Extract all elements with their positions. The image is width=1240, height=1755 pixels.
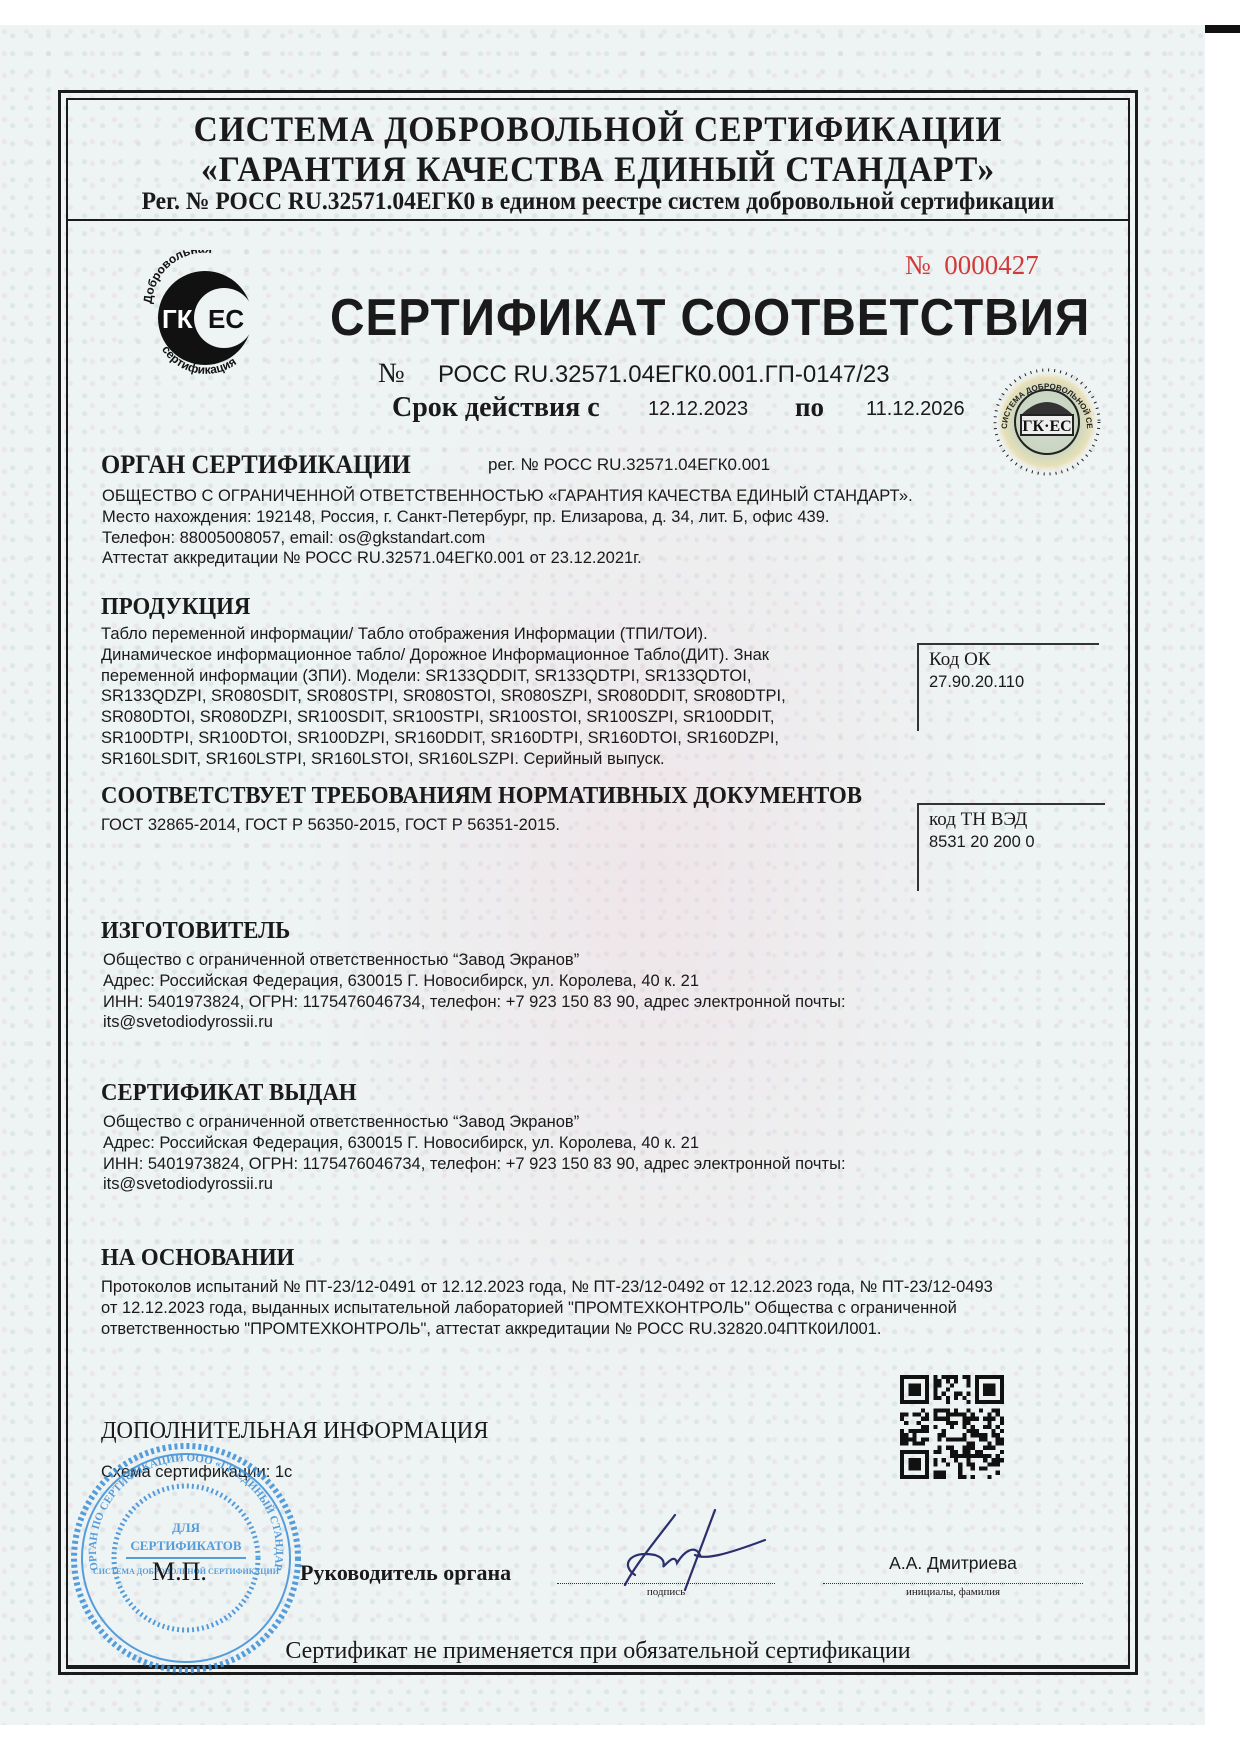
compliance-heading: СООТВЕТСТВУЕТ ТРЕБОВАНИЯМ НОРМАТИВНЫХ ДО… bbox=[101, 783, 862, 810]
blank-number: № 0000427 bbox=[905, 250, 1039, 281]
manufacturer-line: ИНН: 5401973824, ОГРН: 1175476046734, те… bbox=[103, 992, 846, 1013]
system-name-line2: «ГАРАНТИЯ КАЧЕСТВА ЕДИНЫЙ СТАНДАРТ» bbox=[103, 148, 1093, 190]
basis-line: от 12.12.2023 года, выданных испытательн… bbox=[101, 1298, 993, 1319]
product-line: SR133QDZPI, SR080SDIT, SR080STPI, SR080S… bbox=[101, 686, 786, 707]
qr-code-icon[interactable] bbox=[900, 1375, 1004, 1479]
svg-text:ЕС: ЕС bbox=[208, 304, 244, 334]
body-line: Аттестат аккредитации № РОСС RU.32571.04… bbox=[102, 548, 913, 569]
manufacturer-details: Общество с ограниченной ответственностью… bbox=[103, 950, 846, 1033]
body-line: Место нахождения: 192148, Россия, г. Сан… bbox=[102, 507, 913, 528]
product-line: SR160LSDIT, SR160LSTPI, SR160LSTOI, SR16… bbox=[101, 749, 786, 770]
tnved-value: 8531 20 200 0 bbox=[929, 833, 1105, 852]
product-line: SR100DTPI, SR100DTOI, SR100DZPI, SR160DD… bbox=[101, 728, 786, 749]
certification-body-reg-number: рег. № РОСС RU.32571.04ЕГК0.001 bbox=[488, 455, 770, 475]
basis-heading: НА ОСНОВАНИИ bbox=[101, 1245, 294, 1272]
product-line: Табло переменной информации/ Табло отобр… bbox=[101, 624, 786, 645]
issued-to-heading: СЕРТИФИКАТ ВЫДАН bbox=[101, 1080, 357, 1107]
issued-to-details: Общество с ограниченной ответственностью… bbox=[103, 1112, 846, 1195]
valid-to-label: по bbox=[795, 392, 824, 423]
basis-details: Протоколов испытаний № ПТ-23/12-0491 от … bbox=[101, 1277, 993, 1339]
svg-text:ДЛЯ: ДЛЯ bbox=[172, 1520, 201, 1535]
document-title: СЕРТИФИКАТ СООТВЕТСТВИЯ bbox=[330, 288, 1090, 348]
system-name-line1: СИСТЕМА ДОБРОВОЛЬНОЙ СЕРТИФИКАЦИИ bbox=[103, 108, 1093, 150]
tnved-label: код ТН ВЭД bbox=[929, 809, 1105, 831]
name-line bbox=[823, 1583, 1083, 1584]
compliance-standards: ГОСТ 32865-2014, ГОСТ Р 56350-2015, ГОСТ… bbox=[101, 815, 560, 836]
svg-text:СЕРТИФИКАТОВ: СЕРТИФИКАТОВ bbox=[130, 1538, 242, 1553]
code-ok-label: Код ОК bbox=[929, 649, 1099, 671]
issued-to-line: ИНН: 5401973824, ОГРН: 1175476046734, те… bbox=[103, 1154, 846, 1175]
certificate-number: РОСС RU.32571.04ЕГК0.001.ГП-0147/23 bbox=[438, 361, 890, 389]
footer-note: Сертификат не применяется при обязательн… bbox=[66, 1638, 1130, 1665]
manufacturer-line: its@svetodiodyrossii.ru bbox=[103, 1012, 846, 1033]
certification-body-heading: ОРГАН СЕРТИФИКАЦИИ bbox=[101, 450, 411, 480]
products-description: Табло переменной информации/ Табло отобр… bbox=[101, 624, 786, 770]
product-line: Динамическое информационное табло/ Дорож… bbox=[101, 645, 786, 666]
code-ok-box: Код ОК 27.90.20.110 bbox=[917, 643, 1099, 731]
blank-number-value: 0000427 bbox=[944, 250, 1039, 280]
name-caption: инициалы, фамилия bbox=[823, 1586, 1083, 1598]
signatory-name: А.А. Дмитриева bbox=[823, 1553, 1083, 1574]
hologram-seal-icon: ГК·ЕС СИСТЕМА ДОБРОВОЛЬНОЙ СЕРТИФИКАЦИИ bbox=[985, 367, 1110, 477]
header-divider bbox=[66, 219, 1130, 221]
product-line: SR080DTOI, SR080DZPI, SR100SDIT, SR100ST… bbox=[101, 707, 786, 728]
product-line: переменной информации (ЗПИ). Модели: SR1… bbox=[101, 666, 786, 687]
registry-line: Рег. № РОСС RU.32571.04ЕГК0 в едином рее… bbox=[98, 188, 1098, 216]
gkes-logo-icon: ГК ЕС Добровольная сертификация bbox=[140, 250, 270, 380]
basis-line: ответственностью "ПРОМТЕХКОНТРОЛЬ", атте… bbox=[101, 1319, 993, 1340]
svg-text:ГК: ГК bbox=[162, 304, 193, 334]
issued-to-line: Адрес: Российская Федерация, 630015 Г. Н… bbox=[103, 1133, 846, 1154]
validity-label: Срок действия с bbox=[392, 392, 600, 424]
signatory-role: Руководитель органа bbox=[300, 1560, 511, 1586]
issued-to-line: its@svetodiodyrossii.ru bbox=[103, 1174, 846, 1195]
products-heading: ПРОДУКЦИЯ bbox=[101, 594, 250, 621]
body-line: ОБЩЕСТВО С ОГРАНИЧЕННОЙ ОТВЕТСТВЕННОСТЬЮ… bbox=[102, 486, 913, 507]
manufacturer-line: Адрес: Российская Федерация, 630015 Г. Н… bbox=[103, 971, 846, 992]
valid-from-date: 12.12.2023 bbox=[648, 398, 748, 421]
issued-to-line: Общество с ограниченной ответственностью… bbox=[103, 1112, 846, 1133]
basis-line: Протоколов испытаний № ПТ-23/12-0491 от … bbox=[101, 1277, 993, 1298]
certificate-number-label: № bbox=[378, 358, 405, 390]
manufacturer-line: Общество с ограниченной ответственностью… bbox=[103, 950, 846, 971]
tnved-code-box: код ТН ВЭД 8531 20 200 0 bbox=[917, 803, 1105, 891]
blank-number-label: № bbox=[905, 250, 931, 280]
scan-edge-mark bbox=[1205, 25, 1240, 33]
body-line: Телефон: 88005008057, email: os@gkstanda… bbox=[102, 528, 913, 549]
handwritten-signature-icon bbox=[615, 1505, 775, 1595]
code-ok-value: 27.90.20.110 bbox=[929, 673, 1099, 692]
valid-to-date: 11.12.2026 bbox=[866, 398, 965, 421]
svg-text:ГК·ЕС: ГК·ЕС bbox=[1022, 418, 1071, 435]
manufacturer-heading: ИЗГОТОВИТЕЛЬ bbox=[101, 918, 290, 945]
certification-body-details: ОБЩЕСТВО С ОГРАНИЧЕННОЙ ОТВЕТСТВЕННОСТЬЮ… bbox=[102, 486, 913, 569]
mp-label: М.П. bbox=[152, 1557, 207, 1587]
